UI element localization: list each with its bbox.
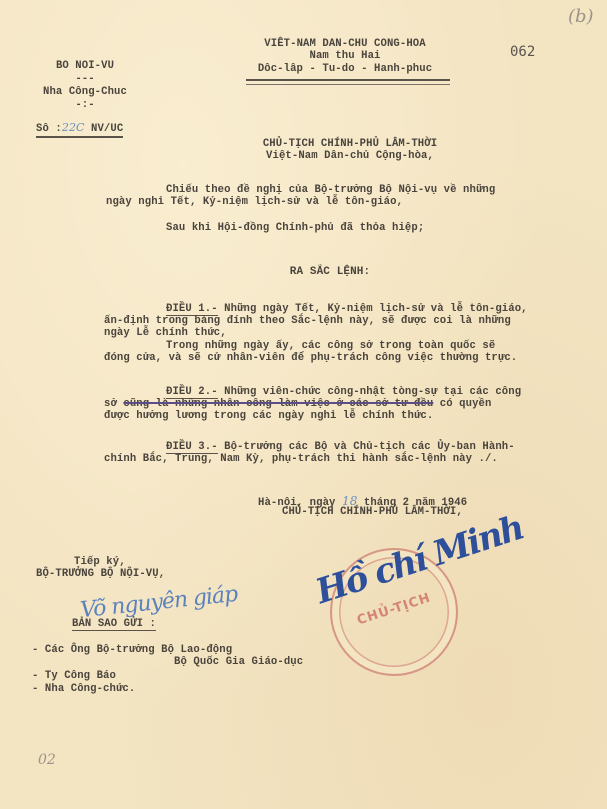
motto-underline [246,79,450,85]
department-separator: -:- [40,99,130,111]
national-motto: Dôc-lâp - Tu-do - Hanh-phuc [240,63,450,75]
signer-title: CHỦ-TỊCH CHÍNH-PHỦ LÂM-THỜI, [282,506,463,518]
decree-page: (b) BO NOI-VU --- Nha Công-Chuc -:- Sô :… [0,0,607,809]
year-line: Nam thu Hai [240,50,450,62]
article-1-line-5: đóng cửa, và sẽ cử nhân-viên để phụ-trác… [104,352,517,364]
issuer-title: CHỦ-TỊCH CHÍNH-PHỦ LÂM-THỜI [230,138,470,150]
handwritten-number: 22C [62,121,85,134]
countersign-title: BỘ-TRƯỞNG BỘ NỘI-VỤ, [36,568,165,580]
article-3-line-2: chính Bắc, Trung, Nam Kỳ, phụ-trách thi … [104,453,498,465]
copies-heading: BẢN SAO GỬI : [72,618,156,631]
struck-through-text: cũng là những nhân công làm việc ở các s… [123,398,433,410]
countersign-signature: Võ nguyên giáp [79,582,238,623]
department-name: Nha Công-Chuc [30,86,140,98]
country-name: VIÊT-NAM DAN-CHU CONG-HOA [240,38,450,50]
decree-title: RA SẮC LỆNH: [230,266,430,278]
countersign-label: Tiếp ký, [74,556,126,568]
article-2-line-3: được hưởng lương trong các ngày nghỉ lễ … [104,410,433,422]
document-number: Sô :22C NV/UC [36,121,123,138]
preamble-line-1: Chiếu theo đề nghị của Bộ-trưởng Bộ Nội-… [166,184,495,196]
copies-item-1: - Các Ông Bộ-trưởng Bộ Lao-động [32,644,232,656]
issuer-country: Việt-Nam Dân-chủ Cộng-hòa, [230,150,470,162]
article-2-line-1: ĐIỀU 2.- Những viên-chức công-nhật tòng-… [166,386,521,398]
copies-item-2: Bộ Quốc Gia Giáo-dục [32,656,303,668]
article-1-line-1: ĐIỀU 1.- Những ngày Tết, Kỷ-niệm lịch-sử… [166,303,528,315]
article-3-line-1: ĐIỀU 3.- Bộ-trưởng các Bộ và Chủ-tịch cá… [166,441,515,453]
preamble-line-3: Sau khi Hội-đồng Chính-phủ đã thỏa hiệp; [166,222,424,234]
article-1-line-2: ấn-định trong bảng đính theo Sắc-lệnh nà… [104,315,511,327]
page-code: 062 [510,44,535,60]
article-2-line-2: sở cũng là những nhân công làm việc ở cá… [104,398,491,410]
ministry-name: BO NOI-VU [40,60,130,72]
footer-pencil-mark: 02 [38,752,56,768]
ministry-separator: --- [40,73,130,85]
copies-item-3: - Ty Công Báo [32,670,116,682]
preamble-line-2: ngày nghỉ Tết, Kỷ-niệm lịch-sử và lễ tôn… [106,196,403,208]
article-1-line-3: ngày Lễ chính thức, [104,327,227,339]
corner-pencil-mark: (b) [568,6,594,27]
article-1-line-4: Trong những ngày ấy, các công sở trong t… [166,340,495,352]
copies-item-4: - Nha Công-chức. [32,683,135,695]
